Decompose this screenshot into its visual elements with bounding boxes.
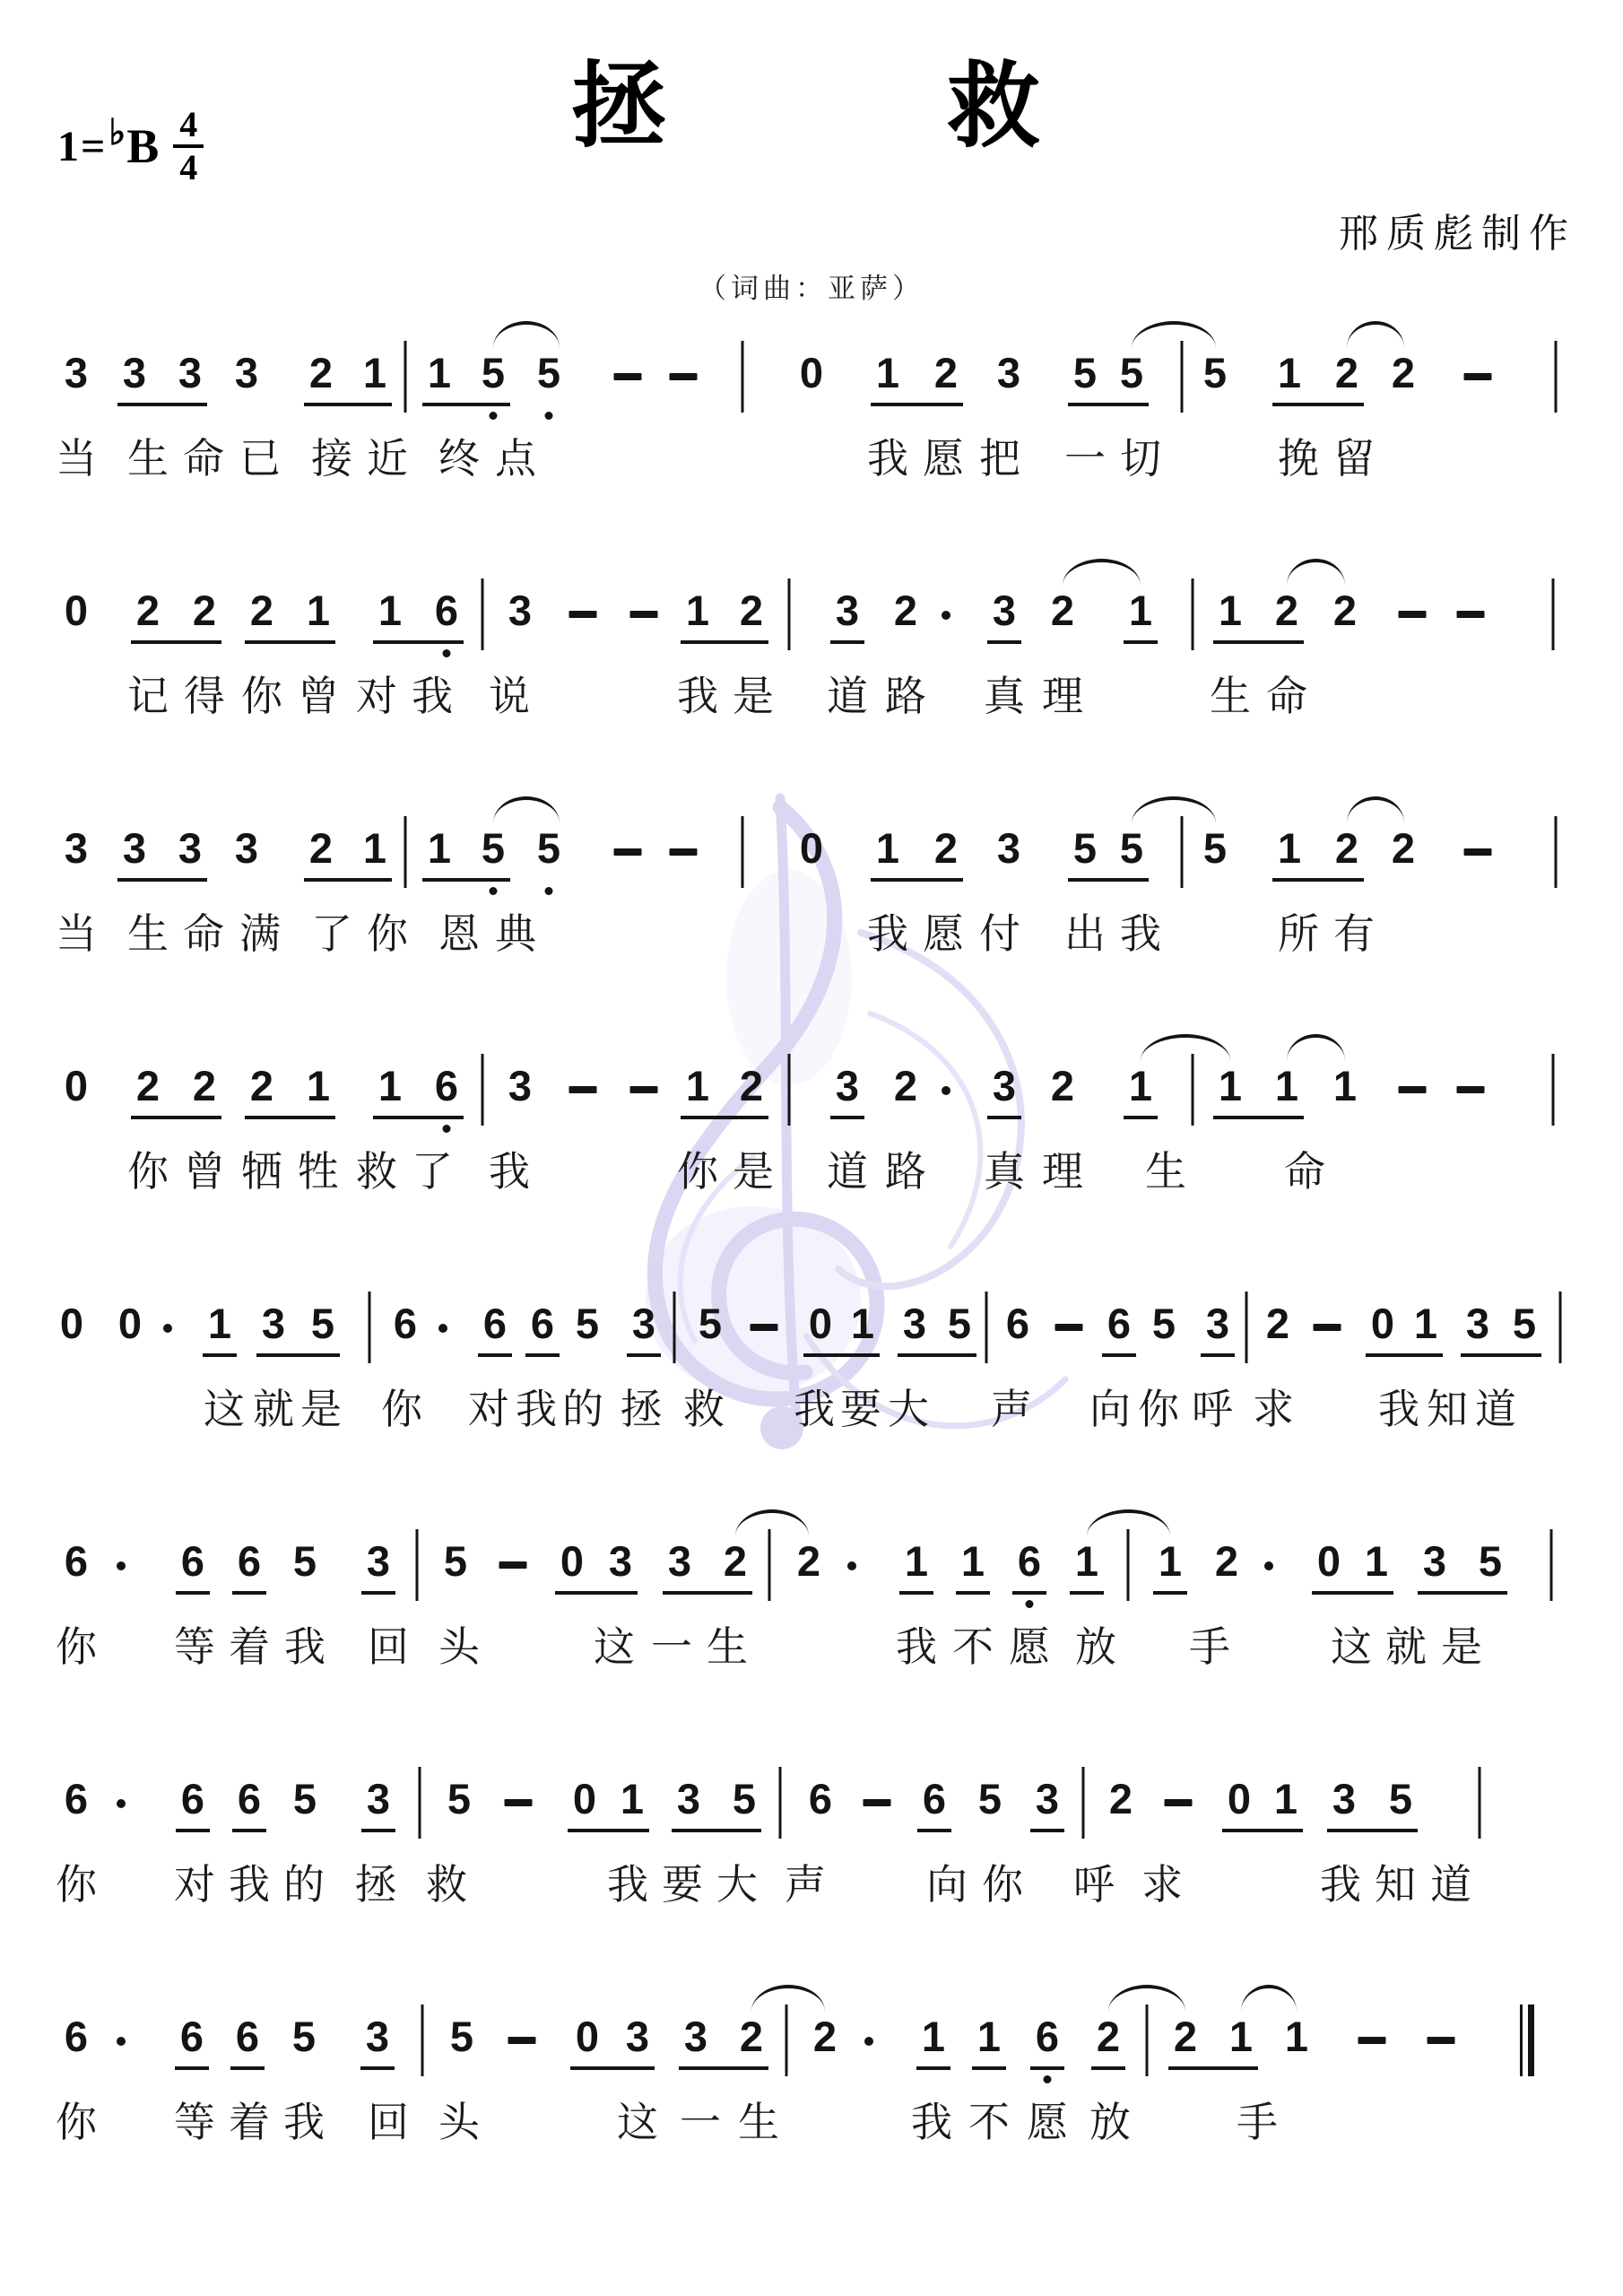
note-digit: 5 — [447, 1778, 471, 1820]
duration-dash — [670, 373, 698, 380]
beam-underline — [1070, 1591, 1104, 1595]
note-digit: 1 — [363, 827, 386, 869]
note-digit: 5 — [1120, 352, 1143, 394]
lyric-char: 我 — [516, 1387, 557, 1432]
lyric-char: 要 — [840, 1387, 881, 1432]
note-digit: 5 — [733, 1778, 756, 1820]
lyric-char: 生 — [707, 1624, 748, 1670]
beam-underline — [972, 2066, 1006, 2070]
beam-underline — [176, 1829, 210, 1832]
barline — [788, 578, 791, 650]
beam-underline — [1068, 878, 1149, 882]
note-digit: 5 — [978, 1778, 1002, 1820]
note-digit: 5 — [1203, 352, 1227, 394]
octave-dot — [1044, 2075, 1052, 2083]
lyric-char: 着 — [229, 2100, 270, 2145]
lyric-char: 所 — [1278, 911, 1319, 957]
note-digit: 2 — [894, 589, 917, 631]
lyric-char: 牺 — [241, 1149, 282, 1195]
lyric-char: 了 — [412, 1149, 453, 1195]
lyric-char: 这 — [204, 1387, 245, 1432]
note-digit: 1 — [1229, 2015, 1253, 2057]
barline — [1192, 578, 1194, 650]
lyric-char: 命 — [183, 436, 224, 482]
note-digit: 2 — [934, 827, 958, 869]
barline — [1192, 1054, 1194, 1126]
note-digit: 2 — [136, 589, 160, 631]
lyric-char: 的 — [283, 1862, 325, 1908]
lyric-char: 恩 — [438, 911, 480, 957]
note-digit: 6 — [1006, 1302, 1029, 1344]
beam-underline — [681, 1116, 768, 1119]
beam-underline — [232, 1591, 266, 1595]
beam-underline — [232, 1829, 266, 1832]
lyric-char: 你 — [241, 674, 282, 719]
barline — [788, 1054, 791, 1126]
lyric-char: 大 — [888, 1387, 929, 1432]
note-digit: 5 — [1120, 827, 1143, 869]
lyric-char: 理 — [1042, 1149, 1083, 1195]
dot-after-note — [942, 611, 950, 620]
lyric-char: 声 — [991, 1387, 1032, 1432]
beam-underline — [525, 1353, 560, 1357]
note-digit: 1 — [1274, 1778, 1298, 1820]
barline — [985, 1291, 988, 1363]
note-digit: 6 — [180, 2015, 204, 2057]
beam-underline — [871, 403, 963, 406]
beam-underline — [1012, 1591, 1046, 1595]
note-digit: 6 — [483, 1302, 507, 1344]
lyric-char: 记 — [127, 674, 169, 719]
note-digit: 5 — [1073, 352, 1097, 394]
note-digit: 2 — [1392, 352, 1415, 394]
note-digit: 1 — [1219, 1065, 1242, 1107]
jianpu-line: 001356665350135665320135这就是你对我的拯救我要大声向你呼… — [0, 1302, 1623, 1518]
note-digit: 3 — [609, 1540, 632, 1582]
lyric-char: 当 — [56, 436, 97, 482]
note-digit: 1 — [378, 589, 402, 631]
dot-after-note — [847, 1561, 856, 1570]
page-title-char-1: 拯 — [572, 52, 665, 164]
lyric-char: 切 — [1120, 436, 1161, 482]
duration-dash — [1358, 2037, 1386, 2044]
lyric-char: 道 — [827, 1149, 868, 1195]
note-digit: 1 — [1075, 1540, 1098, 1582]
lyric-char: 一 — [1064, 436, 1106, 482]
page-title-char-2: 救 — [947, 52, 1040, 164]
note-digit: 0 — [1317, 1540, 1341, 1582]
lyric-char: 命 — [1284, 1149, 1325, 1195]
note-digit: 1 — [851, 1302, 874, 1344]
lyric-char: 是 — [300, 1387, 342, 1432]
beam-underline — [899, 1591, 933, 1595]
beam-underline — [1272, 878, 1364, 882]
note-digit: 0 — [65, 589, 88, 631]
note-digit: 1 — [686, 1065, 709, 1107]
beam-underline — [1327, 1829, 1418, 1832]
lyric-char: 把 — [979, 436, 1020, 482]
note-digit: 5 — [537, 827, 560, 869]
beam-underline — [1102, 1353, 1136, 1357]
lyric-char: 终 — [438, 436, 480, 482]
note-digit: 1 — [1129, 589, 1152, 631]
barline — [1552, 1054, 1555, 1126]
beam-underline — [175, 2066, 209, 2070]
note-digit: 2 — [740, 589, 763, 631]
duration-dash — [751, 1324, 778, 1331]
note-digit: 1 — [363, 352, 386, 394]
duration-dash — [1399, 1086, 1427, 1093]
lyric-char: 等 — [174, 1624, 215, 1670]
beam-underline — [1461, 1353, 1541, 1357]
duration-dash — [1457, 611, 1485, 618]
note-digit: 2 — [740, 2015, 763, 2057]
barline — [768, 1529, 771, 1601]
note-digit: 0 — [800, 352, 823, 394]
note-digit: 1 — [1365, 1540, 1388, 1582]
note-digit: 3 — [235, 827, 258, 869]
beam-underline — [1213, 640, 1304, 644]
beam-underline — [917, 1829, 951, 1832]
lyric-char: 已 — [239, 436, 281, 482]
lyric-char: 我 — [677, 674, 718, 719]
note-digit: 2 — [724, 1540, 747, 1582]
note-digit: 3 — [993, 1065, 1016, 1107]
dot-after-note — [117, 1561, 126, 1570]
barline — [482, 1054, 484, 1126]
duration-dash — [1314, 1324, 1341, 1331]
note-digit: 5 — [1203, 827, 1227, 869]
beam-underline — [1213, 1116, 1304, 1119]
lyric-char: 救 — [356, 1149, 397, 1195]
lyricist-credit: （词曲：亚萨） — [699, 265, 924, 306]
note-digit: 2 — [136, 1065, 160, 1107]
note-digit: 3 — [262, 1302, 285, 1344]
lyric-char: 典 — [495, 911, 536, 957]
lyric-char: 对 — [468, 1387, 509, 1432]
note-digit: 3 — [1423, 1540, 1446, 1582]
note-digit: 1 — [1414, 1302, 1437, 1344]
dot-after-note — [1264, 1561, 1273, 1570]
note-digit: 1 — [1333, 1065, 1357, 1107]
lyric-char: 我 — [284, 1624, 325, 1670]
note-digit: 1 — [307, 1065, 330, 1107]
note-digit: 6 — [65, 1540, 88, 1582]
lyric-char: 命 — [183, 911, 224, 957]
lyric-char: 求 — [1253, 1387, 1294, 1432]
note-digit: 1 — [977, 2015, 1001, 2057]
duration-dash — [614, 373, 642, 380]
final-barline-thick — [1528, 2005, 1534, 2076]
lyric-char: 你 — [56, 1862, 97, 1908]
beam-underline — [672, 1829, 761, 1832]
jianpu-line: 3333211550123555122当生命满了你恩典我愿付出我所有 — [0, 827, 1623, 1042]
duration-dash — [670, 848, 698, 856]
lyric-char: 一 — [651, 1624, 692, 1670]
note-digit: 1 — [905, 1540, 928, 1582]
barline — [1127, 1529, 1130, 1601]
note-digit: 5 — [311, 1302, 334, 1344]
lyric-char: 等 — [174, 2100, 215, 2145]
dot-after-note — [163, 1324, 172, 1333]
beam-underline — [422, 878, 510, 882]
lyric-char: 拯 — [621, 1387, 662, 1432]
lyric-char: 对 — [174, 1862, 215, 1908]
lyric-char: 你 — [56, 2100, 97, 2145]
note-digit: 2 — [1097, 2015, 1120, 2057]
jianpu-line: 022211631232321111你曾牺牲救了我你是道路真理生命 — [0, 1065, 1623, 1280]
lyric-char: 留 — [1333, 436, 1375, 482]
lyric-char: 道 — [1475, 1387, 1516, 1432]
beam-underline — [1272, 403, 1364, 406]
barline — [742, 816, 744, 888]
lyric-char: 知 — [1375, 1862, 1416, 1908]
octave-dot — [490, 412, 498, 420]
note-digit: 6 — [65, 2015, 88, 2057]
note-digit: 2 — [1275, 589, 1298, 631]
octave-dot — [443, 649, 451, 657]
note-digit: 3 — [366, 2015, 389, 2057]
note-digit: 2 — [193, 1065, 216, 1107]
note-digit: 5 — [482, 352, 505, 394]
lyric-char: 放 — [1075, 1624, 1116, 1670]
beam-underline — [570, 2066, 655, 2070]
duration-dash — [508, 2037, 536, 2044]
lyric-char: 手 — [1189, 1624, 1230, 1670]
barline — [369, 1291, 371, 1363]
lyric-char: 了 — [311, 911, 352, 957]
note-digit: 1 — [621, 1778, 644, 1820]
octave-dot — [1026, 1600, 1034, 1608]
lyric-char: 声 — [785, 1862, 826, 1908]
note-digit: 1 — [1278, 827, 1301, 869]
note-digit: 0 — [576, 2015, 599, 2057]
beam-underline — [176, 1591, 210, 1595]
duration-dash — [505, 1799, 533, 1806]
note-digit: 6 — [809, 1778, 832, 1820]
note-digit: 6 — [65, 1778, 88, 1820]
lyric-char: 你 — [56, 1624, 97, 1670]
beam-underline — [1168, 2066, 1258, 2070]
barline — [404, 341, 407, 413]
note-digit: 3 — [508, 589, 532, 631]
note-digit: 2 — [1335, 827, 1358, 869]
beam-underline — [422, 403, 510, 406]
lyric-char: 真 — [984, 1149, 1025, 1195]
lyric-char: 不 — [968, 2100, 1010, 2145]
note-digit: 1 — [428, 352, 451, 394]
beam-underline — [1312, 1591, 1393, 1595]
note-digit: 5 — [576, 1302, 599, 1344]
note-digit: 6 — [238, 1540, 261, 1582]
note-digit: 6 — [923, 1778, 946, 1820]
lyric-char: 你 — [677, 1149, 718, 1195]
lyric-char: 你 — [367, 911, 408, 957]
lyric-char: 满 — [239, 911, 281, 957]
jianpu-line: 6665350135665320135你对我的拯救我要大声向你呼求我知道 — [0, 1778, 1623, 1993]
beam-underline — [256, 1353, 340, 1357]
beam-underline — [361, 1829, 395, 1832]
note-digit: 2 — [1051, 589, 1074, 631]
lyric-char: 生 — [127, 436, 169, 482]
lyric-char: 生 — [127, 911, 169, 957]
lyric-char: 的 — [562, 1387, 603, 1432]
lyric-char: 呼 — [1073, 1862, 1115, 1908]
lyric-char: 手 — [1237, 2100, 1278, 2145]
note-digit: 3 — [632, 1302, 655, 1344]
lyric-char: 头 — [438, 2100, 480, 2145]
duration-dash — [1399, 611, 1427, 618]
lyric-char: 我 — [896, 1624, 937, 1670]
note-digit: 6 — [1107, 1302, 1131, 1344]
note-digit: 2 — [740, 1065, 763, 1107]
lyric-char: 说 — [489, 674, 530, 719]
beam-underline — [1418, 1591, 1507, 1595]
lyric-char: 我 — [489, 1149, 530, 1195]
lyric-char: 我 — [283, 2100, 325, 2145]
lyric-char: 救 — [426, 1862, 467, 1908]
note-digit: 3 — [123, 352, 146, 394]
beam-underline — [663, 1591, 752, 1595]
jianpu-line: 666535033221162211你等着我回头这一生我不愿放手 — [0, 2015, 1623, 2231]
time-signature: 4 4 — [173, 106, 204, 187]
note-digit: 2 — [813, 2015, 837, 2057]
beam-underline — [916, 2066, 950, 2070]
note-digit: 3 — [235, 352, 258, 394]
beam-underline — [627, 1353, 661, 1357]
lyric-char: 要 — [662, 1862, 703, 1908]
lyric-char: 是 — [733, 674, 774, 719]
note-digit: 6 — [1036, 2015, 1059, 2057]
sheet-music-page: 拯 救 1= ♭ B 4 4 邢质彪制作 （词曲：亚萨） 33332115501… — [0, 0, 1623, 2296]
lyric-char: 头 — [438, 1624, 480, 1670]
lyric-char: 我 — [229, 1862, 270, 1908]
note-digit: 3 — [836, 1065, 859, 1107]
barline — [419, 1767, 421, 1839]
note-digit: 3 — [367, 1540, 390, 1582]
note-digit: 1 — [1285, 2015, 1308, 2057]
beam-underline — [987, 640, 1021, 644]
lyric-char: 愿 — [1009, 1624, 1050, 1670]
note-digit: 5 — [292, 2015, 316, 2057]
beam-underline — [871, 878, 963, 882]
lyric-char: 付 — [979, 911, 1020, 957]
barline — [673, 1291, 676, 1363]
lyric-char: 我 — [607, 1862, 648, 1908]
beam-underline — [987, 1116, 1021, 1119]
dot-after-note — [438, 1324, 447, 1333]
octave-dot — [545, 412, 553, 420]
note-digit: 0 — [65, 1065, 88, 1107]
note-digit: 1 — [1278, 352, 1301, 394]
beam-underline — [1153, 1591, 1187, 1595]
beam-underline — [1201, 1353, 1235, 1357]
lyric-char: 生 — [1145, 1149, 1186, 1195]
barline — [1550, 1529, 1553, 1601]
barline — [1555, 341, 1558, 413]
key-letter: B — [126, 118, 159, 174]
duration-dash — [1457, 1086, 1485, 1093]
note-digit: 1 — [876, 827, 899, 869]
note-digit: 5 — [1152, 1302, 1176, 1344]
lyric-char: 我 — [1320, 1862, 1361, 1908]
note-digit: 2 — [309, 827, 333, 869]
lyric-char: 出 — [1064, 911, 1106, 957]
note-digit: 5 — [1479, 1540, 1502, 1582]
note-digit: 2 — [1109, 1778, 1133, 1820]
barline — [421, 2005, 424, 2076]
beam-underline — [131, 640, 221, 644]
lyric-char: 曾 — [298, 674, 339, 719]
beam-underline — [478, 1353, 512, 1357]
note-digit: 0 — [60, 1302, 83, 1344]
beam-underline — [830, 640, 864, 644]
note-digit: 3 — [668, 1540, 691, 1582]
lyric-char: 命 — [1266, 674, 1307, 719]
note-digit: 3 — [65, 827, 88, 869]
beam-underline — [304, 403, 392, 406]
note-digit: 2 — [1174, 2015, 1197, 2057]
beam-underline — [245, 1116, 335, 1119]
note-digit: 3 — [1466, 1302, 1489, 1344]
note-digit: 3 — [1332, 1778, 1356, 1820]
note-digit: 3 — [997, 352, 1020, 394]
lyric-char: 真 — [984, 674, 1025, 719]
note-digit: 5 — [1513, 1302, 1536, 1344]
beam-underline — [117, 878, 207, 882]
lyric-char: 道 — [1430, 1862, 1471, 1908]
lyric-char: 当 — [56, 911, 97, 957]
lyric-char: 路 — [885, 674, 926, 719]
beam-underline — [568, 1829, 649, 1832]
note-digit: 5 — [444, 1540, 467, 1582]
beam-underline — [361, 1591, 395, 1595]
note-digit: 0 — [1371, 1302, 1394, 1344]
lyric-char: 放 — [1089, 2100, 1131, 2145]
lyric-char: 向 — [926, 1862, 968, 1908]
lyric-char: 愿 — [923, 436, 964, 482]
note-digit: 3 — [997, 827, 1020, 869]
note-digit: 5 — [1389, 1778, 1412, 1820]
beam-underline — [1068, 403, 1149, 406]
beam-underline — [1124, 640, 1158, 644]
lyric-char: 是 — [733, 1149, 774, 1195]
beam-underline — [803, 1353, 880, 1357]
beam-underline — [373, 1116, 464, 1119]
note-digit: 1 — [378, 1065, 402, 1107]
lyric-char: 回 — [368, 2100, 409, 2145]
beam-underline — [203, 1353, 237, 1357]
barline — [1555, 816, 1558, 888]
lyric-char: 生 — [738, 2100, 779, 2145]
barline — [1559, 1291, 1562, 1363]
note-digit: 5 — [1073, 827, 1097, 869]
duration-dash — [614, 848, 642, 856]
barline — [416, 1529, 419, 1601]
note-digit: 3 — [677, 1778, 700, 1820]
tie-arc — [1347, 321, 1404, 348]
note-digit: 2 — [309, 352, 333, 394]
note-digit: 3 — [367, 1778, 390, 1820]
beam-underline — [956, 1591, 990, 1595]
note-digit: 5 — [537, 352, 560, 394]
note-digit: 6 — [238, 1778, 261, 1820]
beam-underline — [304, 878, 392, 882]
key-prefix: 1= — [57, 122, 107, 171]
note-digit: 5 — [293, 1540, 317, 1582]
lyric-char: 这 — [617, 2100, 658, 2145]
final-barline-thin — [1520, 2005, 1523, 2076]
